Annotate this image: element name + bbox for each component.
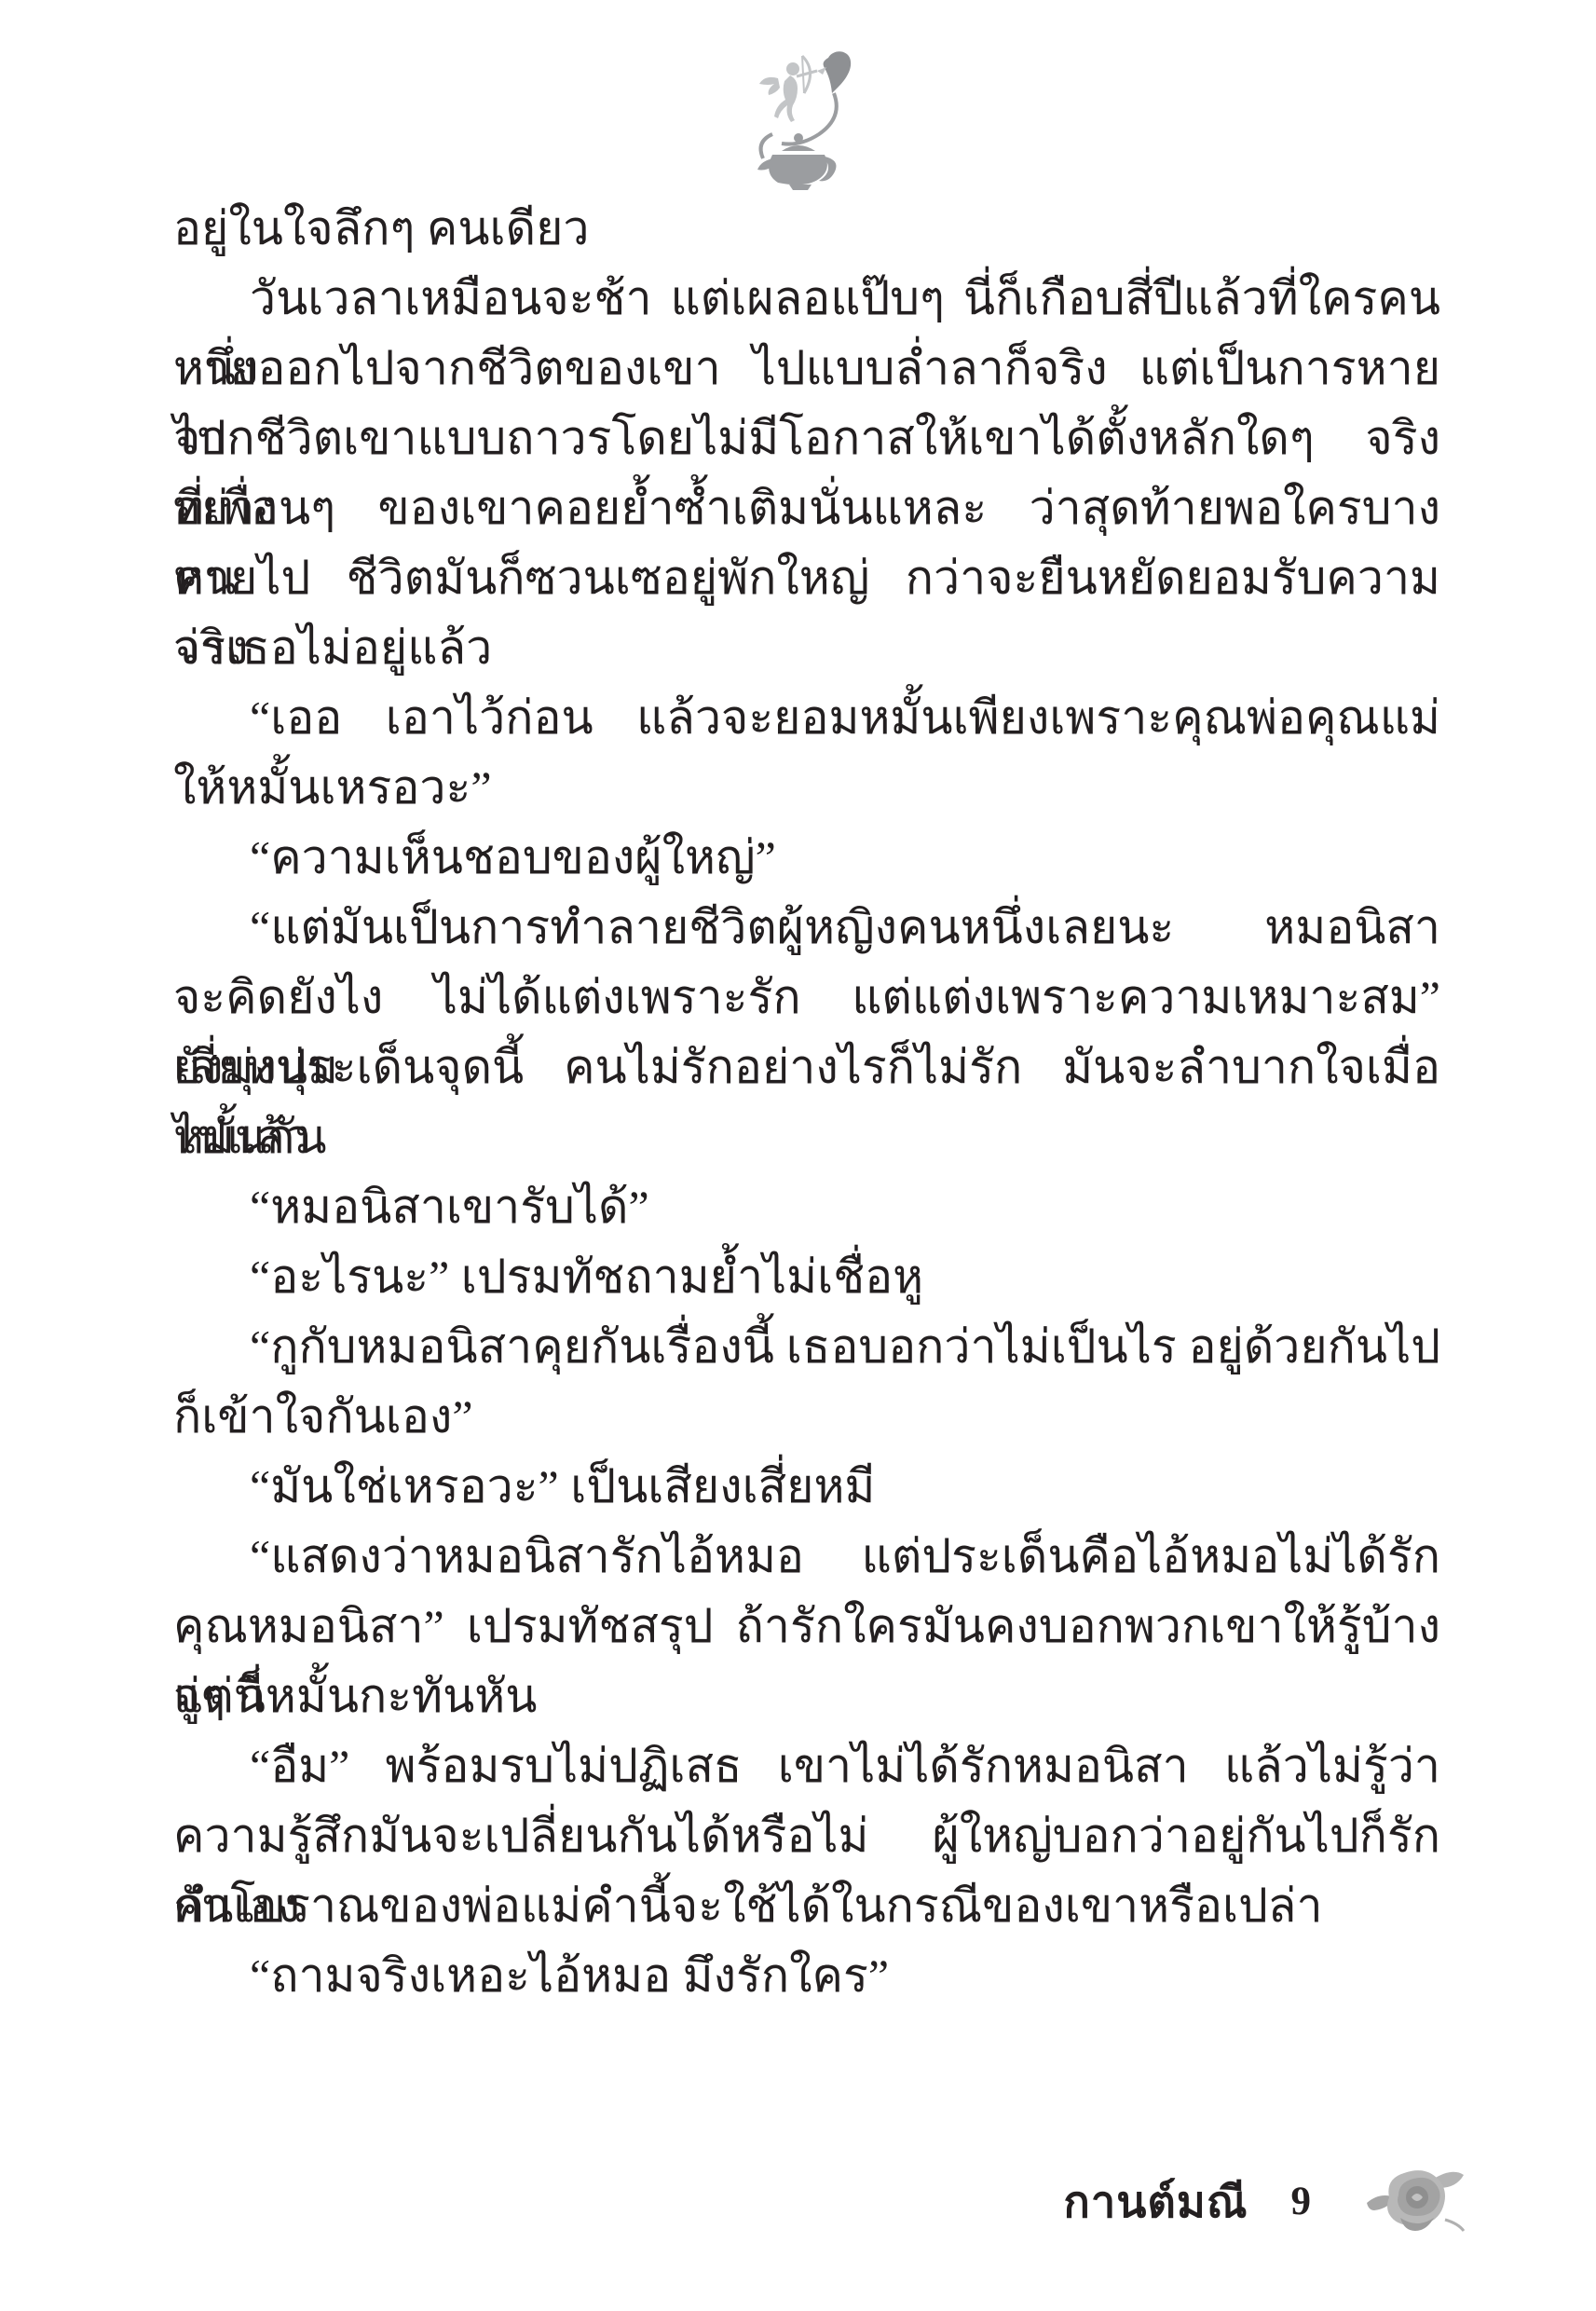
page-text: อยู่ในใจลึกๆ คนเดียววันเวลาเหมือนจะช้า แ… [173,194,1440,2011]
text-line: ยังมุ่งประเด็นจุดนี้ คนไม่รักอย่างไรก็ไม… [173,1032,1440,1102]
text-line: หายออกไปจากชีวิตของเขา ไปแบบล่ำลาก็จริง … [173,334,1440,403]
text-line: “หมอนิสาเขารับได้” [173,1172,1440,1242]
page-number: 9 [1291,2179,1312,2224]
text-line: คำโบราณของพ่อแม่คำนี้จะใช้ได้ในกรณีของเข… [173,1871,1440,1941]
text-line: “มันใช่เหรอวะ” เป็นเสียงเสี่ยหมี [173,1452,1440,1522]
text-line: อยู่ในใจลึกๆ คนเดียว [173,194,1440,264]
text-line: “แสดงว่าหมอนิสารักไอ้หมอ แต่ประเด็นคือไอ… [173,1522,1440,1592]
text-line: ไปแล้ว [173,1102,1440,1172]
text-line: ว่าเธอไม่อยู่แล้ว [173,613,1440,683]
book-page: อยู่ในใจลึกๆ คนเดียววันเวลาเหมือนจะช้า แ… [0,0,1596,2311]
text-line: “เออ เอาไว้ก่อน แล้วจะยอมหมั้นเพียงเพราะ… [173,683,1440,753]
rose-icon [1361,2164,1471,2238]
text-line: “ความเห็นชอบของผู้ใหญ่” [173,823,1440,893]
book-title: กานต์มณี [1063,2167,1248,2236]
header-ornament [0,45,1596,198]
text-line: จู่ๆ ก็หมั้นกะทันหัน [173,1661,1440,1731]
text-line: “อะไรนะ” เปรมทัชถามย้ำไม่เชื่อหู [173,1242,1440,1312]
page-footer: กานต์มณี 9 [1063,2164,1471,2238]
cupid-teapot-icon [724,45,873,198]
text-line: “อืม” พร้อมรบไม่ปฏิเสธ เขาไม่ได้รักหมอนิ… [173,1731,1440,1801]
text-line: ที่เพื่อนๆ ของเขาคอยย้ำซ้ำเติมนั่นแหละ ว… [173,473,1440,543]
text-line: หายไป ชีวิตมันก็ซวนเซอยู่พักใหญ่ กว่าจะย… [173,543,1440,613]
text-line: ก็เข้าใจกันเอง” [173,1382,1440,1452]
text-line: จากชีวิตเขาแบบถาวรโดยไม่มีโอกาสให้เขาได้… [173,403,1440,473]
text-line: คุณหมอนิสา” เปรมทัชสรุป ถ้ารักใครมันคงบอ… [173,1592,1440,1661]
text-line: จะคิดยังไง ไม่ได้แต่งเพราะรัก แต่แต่งเพร… [173,963,1440,1032]
text-line: วันเวลาเหมือนจะช้า แต่เผลอแป๊บๆ นี่ก็เกื… [173,264,1440,334]
text-line: “ถามจริงเหอะไอ้หมอ มึงรักใคร” [173,1941,1440,2011]
text-line: “กูกับหมอนิสาคุยกันเรื่องนี้ เธอบอกว่าไม… [173,1312,1440,1382]
text-line: “แต่มันเป็นการทำลายชีวิตผู้หญิงคนหนึ่งเล… [173,893,1440,963]
text-line: ความรู้สึกมันจะเปลี่ยนกันได้หรือไม่ ผู้ใ… [173,1801,1440,1871]
text-line: ให้หมั้นเหรอวะ” [173,753,1440,823]
